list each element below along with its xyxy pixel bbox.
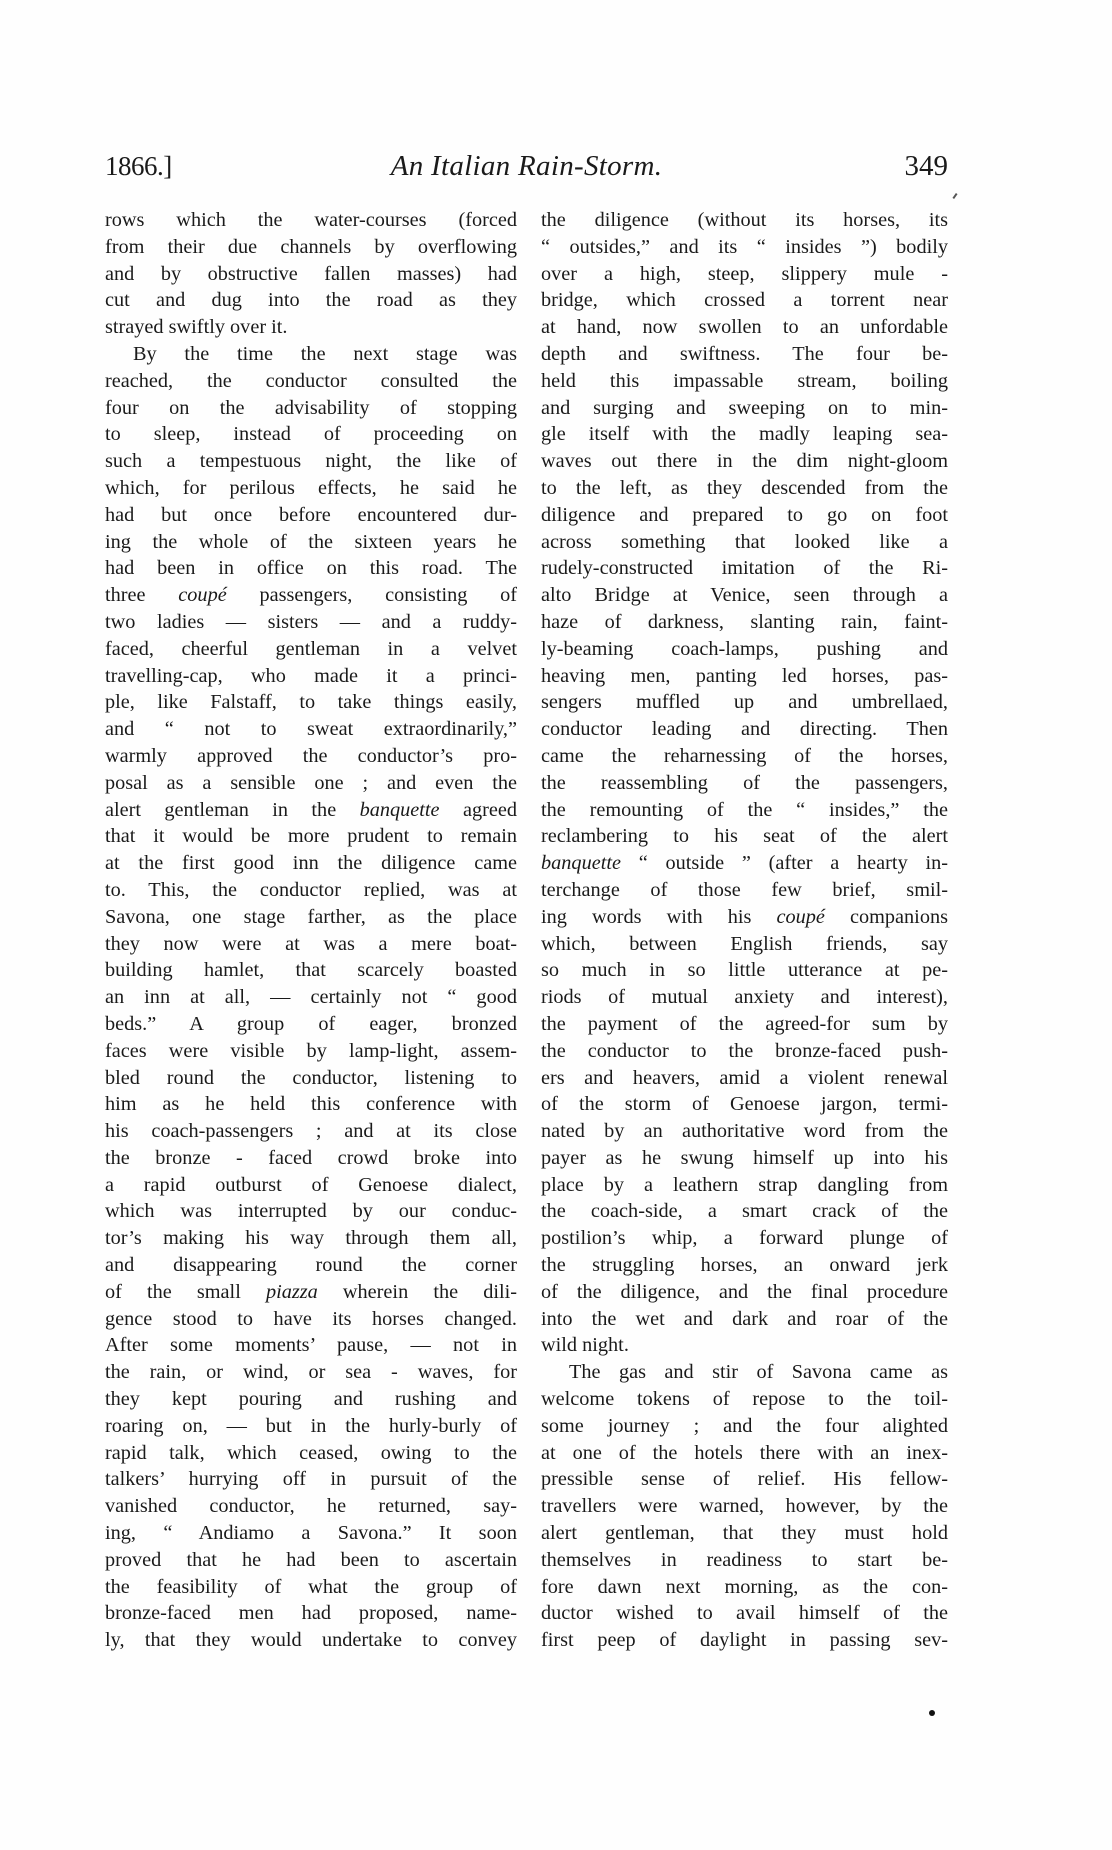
text-line: and surging and sweeping on to min- [541, 395, 948, 422]
text-line: payer as he swung himself up into his [541, 1145, 948, 1172]
text-line: of the small piazza wherein the dili- [105, 1279, 517, 1306]
text-line: had but once before encountered dur- [105, 502, 517, 529]
text-line: nated by an authoritative word from the [541, 1118, 948, 1145]
print-speck [952, 193, 957, 199]
book-page: 1866.] An Italian Rain-Storm. 349 rows w… [0, 0, 1112, 1850]
text-line: they now were at was a mere boat- [105, 931, 517, 958]
text-line: pressible sense of relief. His fellow- [541, 1466, 948, 1493]
text-line: strayed swiftly over it. [105, 314, 517, 341]
text-line: “ outsides,” and its “ insides ”) bodily [541, 234, 948, 261]
text-line: over a high, steep, slippery mule - [541, 261, 948, 288]
text-line: the coach-side, a smart crack of the [541, 1198, 948, 1225]
text-line: of the storm of Genoese jargon, termi- [541, 1091, 948, 1118]
text-line: ing, “ Andiamo a Savona.” It soon [105, 1520, 517, 1547]
text-line: the rain, or wind, or sea - waves, for [105, 1359, 517, 1386]
text-line: a rapid outburst of Genoese dialect, [105, 1172, 517, 1199]
text-line: came the reharnessing of the horses, [541, 743, 948, 770]
text-line: the diligence (without its horses, its [541, 207, 948, 234]
text-line: vanished conductor, he returned, say- [105, 1493, 517, 1520]
italic-term: banquette [541, 852, 621, 874]
italic-term: banquette [360, 799, 440, 821]
text-line: the bronze - faced crowd broke into [105, 1145, 517, 1172]
text-line: to the left, as they descended from the [541, 475, 948, 502]
text-column-left: rows which the water-courses (forcedfrom… [105, 207, 517, 1654]
text-line: roaring on, — but in the hurly-burly of [105, 1413, 517, 1440]
text-line: place by a leathern strap dangling from [541, 1172, 948, 1199]
text-line: the struggling horses, an onward jerk [541, 1252, 948, 1279]
text-line: some journey ; and the four alighted [541, 1413, 948, 1440]
text-line: heaving men, panting led horses, pas- [541, 663, 948, 690]
text-line: into the wet and dark and roar of the [541, 1306, 948, 1333]
text-line: Savona, one stage farther, as the place [105, 904, 517, 931]
text-line: at hand, now swollen to an unfordable [541, 314, 948, 341]
text-line: cut and dug into the road as they [105, 287, 517, 314]
text-line: warmly approved the conductor’s pro- [105, 743, 517, 770]
text-line: which, for perilous effects, he said he [105, 475, 517, 502]
text-line: postilion’s whip, a forward plunge of [541, 1225, 948, 1252]
text-line: such a tempestuous night, the like of [105, 448, 517, 475]
text-line: gle itself with the madly leaping sea- [541, 421, 948, 448]
text-line: so much in so little utterance at pe- [541, 957, 948, 984]
text-line: ing words with his coupé companions [541, 904, 948, 931]
text-line: tor’s making his way through them all, [105, 1225, 517, 1252]
text-line: ing the whole of the sixteen years he [105, 529, 517, 556]
text-line: talkers’ hurrying off in pursuit of the [105, 1466, 517, 1493]
text-line: ductor wished to avail himself of the [541, 1600, 948, 1627]
text-line: rows which the water-courses (forced [105, 207, 517, 234]
text-line: bridge, which crossed a torrent near [541, 287, 948, 314]
text-line: which was interrupted by our conduc- [105, 1198, 517, 1225]
text-segment: wherein the dili- [318, 1281, 517, 1303]
text-line: faces were visible by lamp-light, assem- [105, 1038, 517, 1065]
text-line: and by obstructive fallen masses) had [105, 261, 517, 288]
text-line: rapid talk, which ceased, owing to the [105, 1440, 517, 1467]
page-number: 349 [905, 146, 949, 186]
text-line: the remounting of the “ insides,” the [541, 797, 948, 824]
text-line: diligence and prepared to go on foot [541, 502, 948, 529]
text-line: reclambering to his seat of the alert [541, 823, 948, 850]
running-head: 1866.] An Italian Rain-Storm. 349 [105, 146, 948, 186]
text-line: an inn at all, — certainly not “ good [105, 984, 517, 1011]
text-line: ple, like Falstaff, to take things easil… [105, 689, 517, 716]
text-line: and disappearing round the corner [105, 1252, 517, 1279]
text-line: conductor leading and directing. Then [541, 716, 948, 743]
text-line: fore dawn next morning, as the con- [541, 1574, 948, 1601]
text-line: By the time the next stage was [105, 341, 517, 368]
text-segment: of the small [105, 1281, 266, 1303]
text-line: posal as a sensible one ; and even the [105, 770, 517, 797]
text-line: across something that looked like a [541, 529, 948, 556]
text-line: gence stood to have its horses changed. [105, 1306, 517, 1333]
text-line: bled round the conductor, listening to [105, 1065, 517, 1092]
text-line: two ladies — sisters — and a ruddy- [105, 609, 517, 636]
text-line: riods of mutual anxiety and interest), [541, 984, 948, 1011]
text-line: faced, cheerful gentleman in a velvet [105, 636, 517, 663]
text-line: ly, that they would undertake to convey [105, 1627, 517, 1654]
italic-term: piazza [266, 1281, 318, 1303]
text-line: bronze-faced men had proposed, name- [105, 1600, 517, 1627]
text-line: that it would be more prudent to remain [105, 823, 517, 850]
text-line: travelling-cap, who made it a princi- [105, 663, 517, 690]
text-line: alert gentleman in the banquette agreed [105, 797, 517, 824]
text-segment: “ outside ” (after a hearty in- [621, 852, 948, 874]
text-line: rudely-constructed imitation of the Ri- [541, 555, 948, 582]
text-line: to. This, the conductor replied, was at [105, 877, 517, 904]
text-line: ly-beaming coach-lamps, pushing and [541, 636, 948, 663]
text-line: held this impassable stream, boiling [541, 368, 948, 395]
text-line: proved that he had been to ascertain [105, 1547, 517, 1574]
text-line: reached, the conductor consulted the [105, 368, 517, 395]
text-line: After some moments’ pause, — not in [105, 1332, 517, 1359]
text-line: travellers were warned, however, by the [541, 1493, 948, 1520]
print-dot [929, 1710, 935, 1716]
text-line: depth and swiftness. The four be- [541, 341, 948, 368]
text-line: haze of darkness, slanting rain, faint- [541, 609, 948, 636]
italic-term: coupé [776, 906, 824, 928]
text-line: at the first good inn the diligence came [105, 850, 517, 877]
text-line: beds.” A group of eager, bronzed [105, 1011, 517, 1038]
text-line: the feasibility of what the group of [105, 1574, 517, 1601]
text-segment: three [105, 584, 178, 606]
text-line: him as he held this conference with [105, 1091, 517, 1118]
text-line: banquette “ outside ” (after a hearty in… [541, 850, 948, 877]
text-line: to sleep, instead of proceeding on [105, 421, 517, 448]
text-line: they kept pouring and rushing and [105, 1386, 517, 1413]
text-line: sengers muffled up and umbrellaed, [541, 689, 948, 716]
text-line: building hamlet, that scarcely boasted [105, 957, 517, 984]
text-line: first peep of daylight in passing sev- [541, 1627, 948, 1654]
text-line: welcome tokens of repose to the toil- [541, 1386, 948, 1413]
text-line: three coupé passengers, consisting of [105, 582, 517, 609]
text-line: of the diligence, and the final procedur… [541, 1279, 948, 1306]
text-segment: ing words with his [541, 906, 776, 928]
italic-term: coupé [178, 584, 226, 606]
text-line: the payment of the agreed-for sum by [541, 1011, 948, 1038]
text-line: had been in office on this road. The [105, 555, 517, 582]
text-line: the conductor to the bronze-faced push- [541, 1038, 948, 1065]
text-line: his coach-passengers ; and at its close [105, 1118, 517, 1145]
text-column-right: the diligence (without its horses, its“ … [541, 207, 948, 1654]
text-line: terchange of those few brief, smil- [541, 877, 948, 904]
text-segment: companions [825, 906, 948, 928]
text-line: ers and heavers, amid a violent renewal [541, 1065, 948, 1092]
text-line: waves out there in the dim night-gloom [541, 448, 948, 475]
text-line: alert gentleman, that they must hold [541, 1520, 948, 1547]
text-line: wild night. [541, 1332, 948, 1359]
text-segment: passengers, consisting of [227, 584, 517, 606]
text-line: The gas and stir of Savona came as [541, 1359, 948, 1386]
text-segment: alert gentleman in the [105, 799, 360, 821]
text-line: from their due channels by overflowing [105, 234, 517, 261]
text-line: the reassembling of the passengers, [541, 770, 948, 797]
text-line: and “ not to sweat extraordinarily,” [105, 716, 517, 743]
text-line: four on the advisability of stopping [105, 395, 517, 422]
text-line: at one of the hotels there with an inex- [541, 1440, 948, 1467]
text-line: alto Bridge at Venice, seen through a [541, 582, 948, 609]
running-head-title: An Italian Rain-Storm. [105, 146, 948, 186]
text-segment: agreed [440, 799, 517, 821]
text-line: which, between English friends, say [541, 931, 948, 958]
text-line: themselves in readiness to start be- [541, 1547, 948, 1574]
